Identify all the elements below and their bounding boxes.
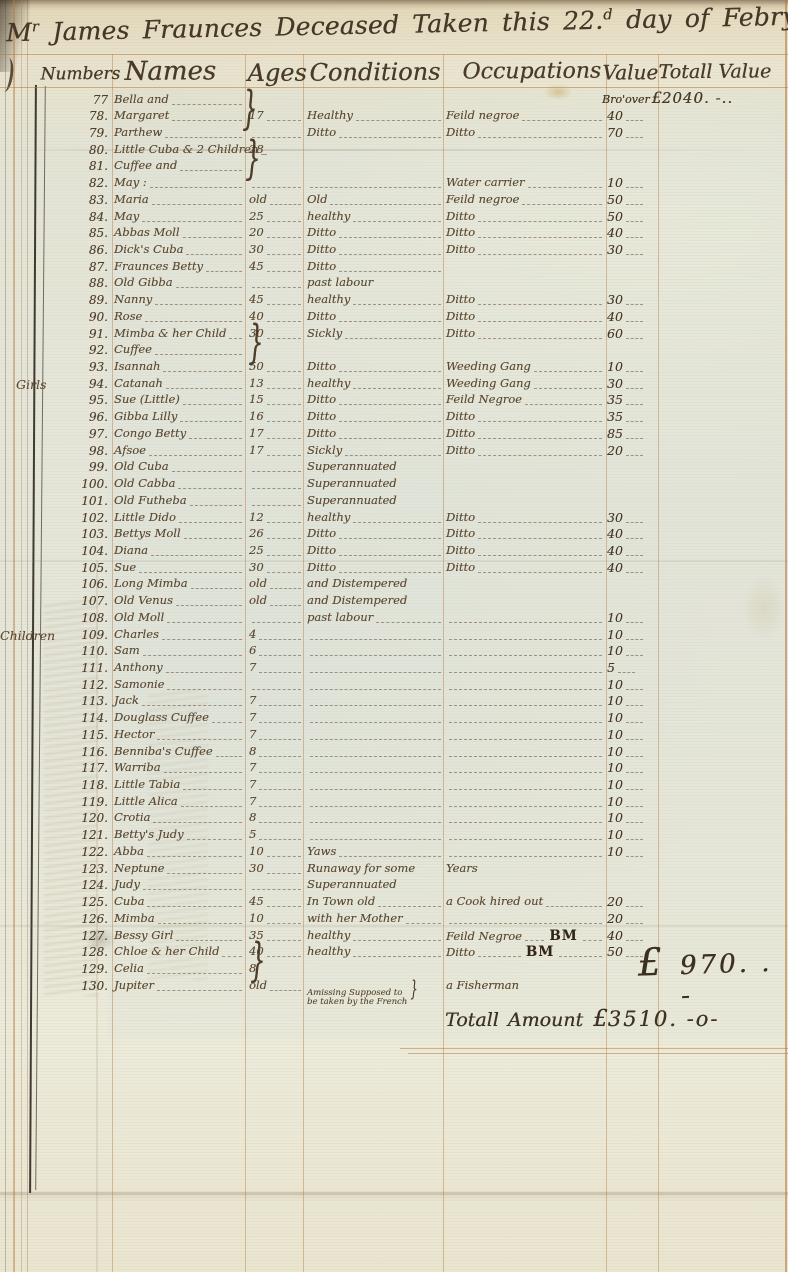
ledger-row-120: 120.Crotia810: [0, 810, 788, 827]
value: 40: [607, 528, 655, 542]
row-number: 122.: [46, 846, 108, 860]
ledger-row-115: 115.Hector710: [0, 727, 788, 744]
page-total: £ 970. . -: [637, 935, 788, 1012]
occupation: Feild negroe: [446, 110, 605, 124]
group-brace: }: [250, 944, 265, 979]
occupation: [446, 812, 605, 826]
ledger-row-125: 125.Cuba45In Town olda Cook hired out20: [0, 894, 788, 911]
condition: [307, 746, 444, 760]
ledger-row-98: 98.Afsoe17SicklyDitto20: [0, 443, 788, 460]
value: 40: [607, 562, 655, 576]
condition: [307, 94, 444, 108]
age: 8: [249, 812, 304, 826]
title-part: day of Febry 1760.~: [612, 0, 788, 35]
value: 10: [607, 612, 655, 626]
condition: [307, 712, 444, 726]
value: 70: [607, 127, 655, 141]
ledger-row-124: 124.JudySuperannuated: [0, 877, 788, 894]
condition: [307, 177, 444, 191]
row-number: 99.: [46, 461, 108, 475]
condition: Ditto: [307, 411, 444, 425]
value: [607, 578, 655, 592]
age: 6: [249, 645, 304, 659]
ledger-row-111: 111.Anthony75: [0, 660, 788, 677]
value: [607, 863, 655, 877]
condition: [307, 963, 444, 977]
row-number: 115.: [46, 729, 108, 743]
row-number: 111.: [46, 662, 108, 676]
occupation: [446, 160, 605, 174]
ledger-page: Mr James Fraunces Deceased Taken this 22…: [0, 0, 788, 1272]
value: [607, 261, 655, 275]
value: 10: [607, 177, 655, 191]
ledger-row-96: 96.Gibba Lilly16DittoDitto35: [0, 409, 788, 426]
row-number: 119.: [46, 796, 108, 810]
value: [607, 879, 655, 893]
person-name: Benniba's Cuffee: [114, 746, 245, 760]
condition: [307, 729, 444, 743]
ledger-row-92: 92.Cuffee: [0, 342, 788, 359]
ledger-row-100: 100.Old CabbaSuperannuated: [0, 476, 788, 493]
condition: [307, 679, 444, 693]
occupation: [446, 746, 605, 760]
condition: In Town old: [307, 896, 444, 910]
row-number: 82.: [46, 177, 108, 191]
row-number: 124.: [46, 879, 108, 893]
row-number: 123.: [46, 863, 108, 877]
condition: healthy: [307, 930, 444, 944]
value: 50: [607, 211, 655, 225]
row-number: 95.: [46, 394, 108, 408]
person-name: Little Cuba & 2 Children: [114, 144, 245, 158]
condition: Sickly: [307, 328, 444, 342]
person-name: Charles: [114, 629, 245, 643]
ledger-row-126: 126.Mimba10with her Mother20: [0, 911, 788, 928]
grand-total-label: Totall Amount: [445, 1009, 583, 1031]
value: 30: [607, 244, 655, 258]
occupation: [446, 779, 605, 793]
value: [607, 144, 655, 158]
title-part: M: [6, 18, 32, 48]
occupation: Water carrier: [446, 177, 605, 191]
person-name: Bella and: [114, 94, 245, 108]
occupation: [446, 712, 605, 726]
row-number: 96.: [46, 411, 108, 425]
condition: Ditto: [307, 127, 444, 141]
condition: healthy: [307, 946, 444, 960]
occupation: Ditto: [446, 294, 605, 308]
person-name: Judy: [114, 879, 245, 893]
occupation: [446, 879, 605, 893]
ledger-row-101: 101.Old FuthebaSuperannuated: [0, 493, 788, 510]
ledger-row-82: 82.May :Water carrier10: [0, 175, 788, 192]
header-names: Names: [124, 56, 216, 87]
occupation: Ditto: [446, 545, 605, 559]
value: [607, 277, 655, 291]
age: old: [249, 194, 304, 208]
person-name: Old Futheba: [114, 495, 245, 509]
person-name: Mimba & her Child: [114, 328, 245, 342]
ledger-row-83: 83.MariaoldOldFeild negroe50: [0, 192, 788, 209]
row-number: 127.: [46, 930, 108, 944]
condition: [307, 662, 444, 676]
person-name: Parthew: [114, 127, 245, 141]
value: 50: [607, 194, 655, 208]
value: 40: [607, 311, 655, 325]
person-name: Mimba: [114, 913, 245, 927]
occupation: [446, 344, 605, 358]
occupation: [446, 478, 605, 492]
occupation: Ditto: [446, 562, 605, 576]
value: 10: [607, 679, 655, 693]
condition: Ditto: [307, 545, 444, 559]
person-name: Catanah: [114, 378, 245, 392]
ledger-row-84: 84.May25healthyDitto50: [0, 209, 788, 226]
condition: [307, 645, 444, 659]
fold-crease: [0, 1192, 788, 1195]
person-name: Old Cuba: [114, 461, 245, 475]
person-name: May :: [114, 177, 245, 191]
row-number: 121.: [46, 829, 108, 843]
person-name: May: [114, 211, 245, 225]
margin-note-children: Children: [0, 628, 55, 643]
ledger-row-91: 91.Mimba & her Child30SicklyDitto60: [0, 326, 788, 343]
person-name: Chloe & her Child: [114, 946, 245, 960]
row-number: 108.: [46, 612, 108, 626]
row-number: 114.: [46, 712, 108, 726]
condition: Ditto: [307, 394, 444, 408]
ledger-row-86: 86.Dick's Cuba30DittoDitto30: [0, 242, 788, 259]
row-number: 107.: [46, 595, 108, 609]
person-name: Anthony: [114, 662, 245, 676]
occupation: [446, 829, 605, 843]
row-number: 126.: [46, 913, 108, 927]
occupation: [446, 629, 605, 643]
ledger-row-105: 105.Sue30DittoDitto40: [0, 560, 788, 577]
value: 5: [607, 662, 655, 676]
condition: [307, 779, 444, 793]
person-name: Nanny: [114, 294, 245, 308]
condition: Superannuated: [307, 495, 444, 509]
value: [607, 478, 655, 492]
condition: and Distempered: [307, 578, 444, 592]
value: 20: [607, 445, 655, 459]
row-number: 120.: [46, 812, 108, 826]
age: 25: [249, 545, 304, 559]
occupation: Weeding Gang: [446, 378, 605, 392]
condition: [307, 762, 444, 776]
ledger-row-94: 94.Catanah13healthyWeeding Gang30: [0, 376, 788, 393]
person-name: Congo Betty: [114, 428, 245, 442]
condition: Ditto: [307, 227, 444, 241]
age: 15: [249, 394, 304, 408]
occupation: [446, 695, 605, 709]
age: [249, 612, 304, 626]
value: [607, 94, 655, 108]
grand-total: Totall Amount £ 3510. -o-: [445, 1006, 719, 1032]
person-name: Jack: [114, 695, 245, 709]
ledger-row-121: 121.Betty's Judy510: [0, 827, 788, 844]
row-number: 118.: [46, 779, 108, 793]
ledger-row-106: 106.Long Mimbaoldand Distempered: [0, 576, 788, 593]
age: 17: [249, 428, 304, 442]
person-name: Douglass Cuffee: [114, 712, 245, 726]
ledger-row-99: 99.Old CubaSuperannuated: [0, 459, 788, 476]
occupation: a Cook hired out: [446, 896, 605, 910]
person-name: Cuffee and: [114, 160, 245, 174]
row-number: 78.: [46, 110, 108, 124]
occupation: [446, 461, 605, 475]
value: 30: [607, 294, 655, 308]
person-name: Samonie: [114, 679, 245, 693]
condition: [307, 796, 444, 810]
pound-sign: £: [593, 1006, 608, 1032]
occupation: Ditto: [446, 328, 605, 342]
occupation: Ditto: [446, 445, 605, 459]
age: 26: [249, 528, 304, 542]
row-number: 87.: [46, 261, 108, 275]
condition: Healthy: [307, 110, 444, 124]
ledger-row-97: 97.Congo Betty17DittoDitto85: [0, 426, 788, 443]
ledger-row-116: 116.Benniba's Cuffee810: [0, 744, 788, 761]
row-number: 103.: [46, 528, 108, 542]
value: 10: [607, 645, 655, 659]
value: [607, 160, 655, 174]
value: 20: [607, 896, 655, 910]
occupation: Feild Negroe: [446, 394, 605, 408]
value: 85: [607, 428, 655, 442]
person-name: Sam: [114, 645, 245, 659]
age: [249, 879, 304, 893]
row-number: 86.: [46, 244, 108, 258]
ledger-row-107: 107.Old Venusoldand Distempered: [0, 593, 788, 610]
person-name: Jupiter: [114, 980, 245, 994]
age: 7: [249, 796, 304, 810]
row-number: 97.: [46, 428, 108, 442]
title-part: James Fraunces Deceased Taken this 22.: [39, 6, 604, 47]
ledger-row-80: 80.Little Cuba & 2 Children28: [0, 142, 788, 159]
value: 10: [607, 762, 655, 776]
person-name: Little Alica: [114, 796, 245, 810]
age: 7: [249, 762, 304, 776]
value: 10: [607, 746, 655, 760]
person-name: Neptune: [114, 863, 245, 877]
ledger-row-112: 112.Samonie10: [0, 677, 788, 694]
age: 7: [249, 712, 304, 726]
row-number: 101.: [46, 495, 108, 509]
row-number: 105.: [46, 562, 108, 576]
person-name: Sue (Little): [114, 394, 245, 408]
value: 10: [607, 629, 655, 643]
occupation: [446, 495, 605, 509]
row-number: 94.: [46, 378, 108, 392]
person-name: Maria: [114, 194, 245, 208]
ledger-row-77: 77Bella and: [0, 92, 788, 109]
group-brace: }: [411, 978, 418, 1000]
occupation: Ditto: [446, 127, 605, 141]
ledger-row-85: 85.Abbas Moll20DittoDitto40: [0, 225, 788, 242]
ledger-row-119: 119.Little Alica710: [0, 794, 788, 811]
condition: [307, 144, 444, 158]
condition: healthy: [307, 294, 444, 308]
ledger-row-110: 110.Sam610: [0, 643, 788, 660]
row-number: 129.: [46, 963, 108, 977]
condition: healthy: [307, 211, 444, 225]
occupation: [446, 645, 605, 659]
person-name: Long Mimba: [114, 578, 245, 592]
value: 10: [607, 796, 655, 810]
age: 4: [249, 629, 304, 643]
age: old: [249, 595, 304, 609]
occupation: Feild negroe: [446, 194, 605, 208]
row-number: 110.: [46, 645, 108, 659]
occupation: [446, 277, 605, 291]
age: 13: [249, 378, 304, 392]
age: 17: [249, 445, 304, 459]
age: [249, 277, 304, 291]
pound-sign: £: [637, 940, 663, 985]
occupation: Weeding Gang: [446, 361, 605, 375]
row-number: 125.: [46, 896, 108, 910]
value: [607, 344, 655, 358]
occupation: [446, 679, 605, 693]
occupation: DittoBM: [446, 946, 605, 960]
row-number: 112.: [46, 679, 108, 693]
ledger-row-102: 102.Little Dido12healthyDitto30: [0, 510, 788, 527]
condition: Old: [307, 194, 444, 208]
condition: past labour: [307, 612, 444, 626]
row-number: 85.: [46, 227, 108, 241]
value: [607, 495, 655, 509]
group-brace: }: [245, 142, 260, 177]
occupation: [446, 796, 605, 810]
condition: Ditto: [307, 562, 444, 576]
value: [607, 595, 655, 609]
age: 45: [249, 294, 304, 308]
occupation: [446, 612, 605, 626]
value: 30: [607, 512, 655, 526]
value: 10: [607, 361, 655, 375]
ledger-row-90: 90.Rose40DittoDitto40: [0, 309, 788, 326]
row-number: 128.: [46, 946, 108, 960]
value: 10: [607, 812, 655, 826]
condition: [307, 829, 444, 843]
row-number: 77: [46, 94, 108, 108]
condition: and Distempered: [307, 595, 444, 609]
row-number: 88.: [46, 277, 108, 291]
value: 40: [607, 110, 655, 124]
condition: [307, 344, 444, 358]
age: 25: [249, 211, 304, 225]
value: 10: [607, 829, 655, 843]
occupation: [446, 662, 605, 676]
value: 10: [607, 779, 655, 793]
header-occupations: Occupations: [462, 59, 601, 85]
row-number: 92.: [46, 344, 108, 358]
row-number: 100.: [46, 478, 108, 492]
person-name: Crotia: [114, 812, 245, 826]
value: 30: [607, 378, 655, 392]
value: 20: [607, 913, 655, 927]
condition: Superannuated: [307, 461, 444, 475]
person-name: Cuba: [114, 896, 245, 910]
condition: healthy: [307, 512, 444, 526]
value: 35: [607, 394, 655, 408]
row-number: 117.: [46, 762, 108, 776]
age: 10: [249, 846, 304, 860]
age: 16: [249, 411, 304, 425]
ledger-row-104: 104.Diana25DittoDitto40: [0, 543, 788, 560]
row-number: 106.: [46, 578, 108, 592]
condition: Superannuated: [307, 879, 444, 893]
condition: Amissing Supposed tobe taken by the Fren…: [307, 980, 444, 994]
value: [607, 461, 655, 475]
occupation: Ditto: [446, 244, 605, 258]
value: 10: [607, 712, 655, 726]
margin-note-girls: Girls: [16, 377, 46, 392]
person-name: Fraunces Betty: [114, 261, 245, 275]
condition: Superannuated: [307, 478, 444, 492]
ledger-row-93: 93.Isannah50DittoWeeding Gang10: [0, 359, 788, 376]
header-conditions: Conditions: [309, 58, 440, 87]
row-number: 109.: [46, 629, 108, 643]
row-number: 113.: [46, 695, 108, 709]
person-name: Betty's Judy: [114, 829, 245, 843]
ledger-row-81: 81.Cuffee and: [0, 158, 788, 175]
person-name: Little Dido: [114, 512, 245, 526]
person-name: Old Venus: [114, 595, 245, 609]
grand-total-amount: 3510. -o-: [608, 1007, 720, 1031]
age: 7: [249, 729, 304, 743]
person-name: Rose: [114, 311, 245, 325]
condition: [307, 812, 444, 826]
age: 30: [249, 863, 304, 877]
value: 40: [607, 545, 655, 559]
age: [249, 461, 304, 475]
bm-mark: BM: [526, 946, 554, 960]
ledger-row-95: 95.Sue (Little)15DittoFeild Negroe35: [0, 392, 788, 409]
row-number: 84.: [46, 211, 108, 225]
condition: [307, 160, 444, 174]
row-number: 102.: [46, 512, 108, 526]
row-number: 80.: [46, 144, 108, 158]
row-number: 81.: [46, 160, 108, 174]
total-rule: [400, 1048, 788, 1049]
row-number: 104.: [46, 545, 108, 559]
condition: past labour: [307, 277, 444, 291]
bm-mark: BM: [549, 930, 577, 944]
ledger-row-114: 114.Douglass Cuffee710: [0, 710, 788, 727]
person-name: Margaret: [114, 110, 245, 124]
ledger-row-103: 103.Bettys Moll26DittoDitto40: [0, 526, 788, 543]
occupation: Ditto: [446, 428, 605, 442]
occupation: [446, 94, 605, 108]
occupation: Ditto: [446, 512, 605, 526]
person-name: Old Moll: [114, 612, 245, 626]
occupation: Ditto: [446, 211, 605, 225]
value: 40: [607, 227, 655, 241]
value: 35: [607, 411, 655, 425]
person-name: Gibba Lilly: [114, 411, 245, 425]
occupation: [446, 963, 605, 977]
age: [249, 495, 304, 509]
age: 10: [249, 913, 304, 927]
condition: with her Mother: [307, 913, 444, 927]
person-name: Dick's Cuba: [114, 244, 245, 258]
row-number: 90.: [46, 311, 108, 325]
page-total-amount: 970. . -: [679, 947, 788, 1011]
age: 8: [249, 746, 304, 760]
